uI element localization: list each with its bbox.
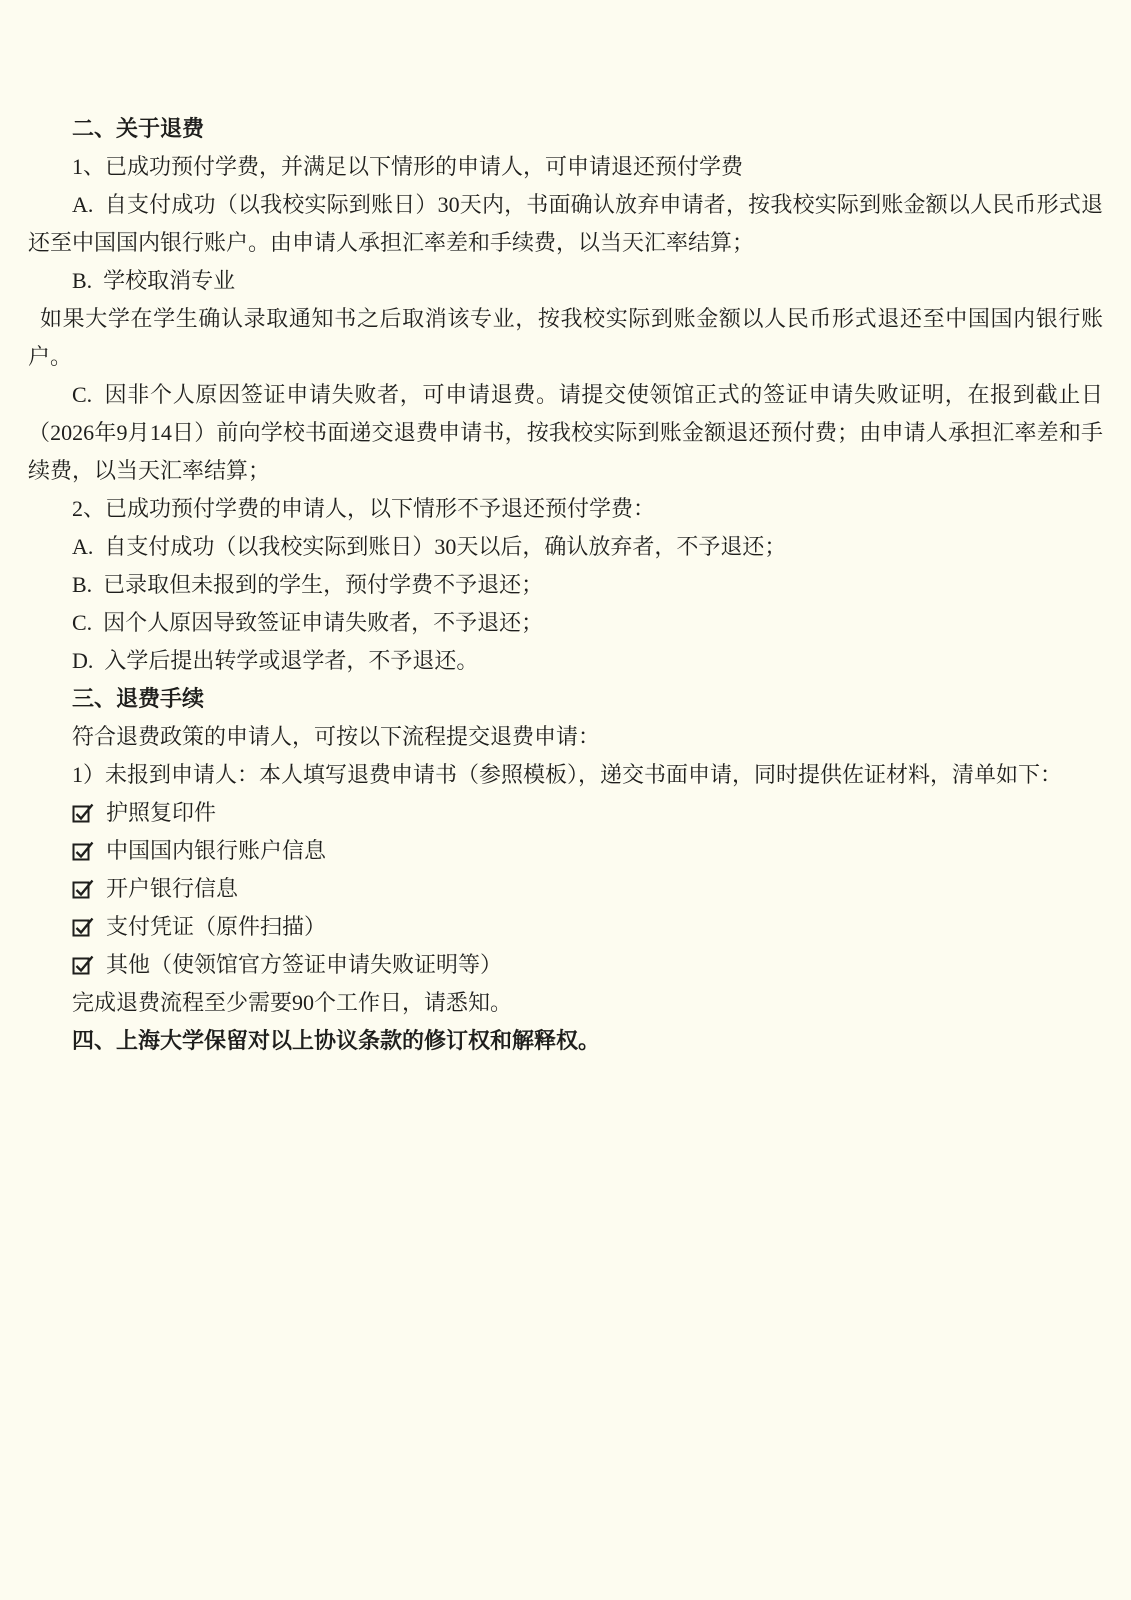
paragraph: A. 自支付成功（以我校实际到账日）30天以后，确认放弃者，不予退还；: [28, 528, 1103, 566]
checked-checkbox-icon: [72, 802, 94, 824]
checked-checkbox-icon: [72, 954, 94, 976]
paragraph: A. 自支付成功（以我校实际到账日）30天内，书面确认放弃申请者，按我校实际到账…: [28, 186, 1103, 262]
paragraph: 完成退费流程至少需要90个工作日，请悉知。: [28, 984, 1103, 1022]
paragraph: 如果大学在学生确认录取通知书之后取消该专业，按我校实际到账金额以人民币形式退还至…: [28, 300, 1103, 376]
document-body: 二、关于退费1、已成功预付学费，并满足以下情形的申请人，可申请退还预付学费A. …: [28, 110, 1103, 1060]
section-heading: 四、上海大学保留对以上协议条款的修订权和解释权。: [28, 1022, 1103, 1060]
paragraph: C. 因个人原因导致签证申请失败者，不予退还；: [28, 604, 1103, 642]
paragraph: 1、已成功预付学费，并满足以下情形的申请人，可申请退还预付学费: [28, 148, 1103, 186]
checklist-item: 开户银行信息: [28, 870, 1103, 908]
paragraph: D. 入学后提出转学或退学者，不予退还。: [28, 642, 1103, 680]
paragraph: 2、已成功预付学费的申请人，以下情形不予退还预付学费：: [28, 490, 1103, 528]
paragraph: 符合退费政策的申请人，可按以下流程提交退费申请：: [28, 718, 1103, 756]
paragraph: 1）未报到申请人：本人填写退费申请书（参照模板），递交书面申请，同时提供佐证材料…: [28, 756, 1103, 794]
section-heading: 三、退费手续: [28, 680, 1103, 718]
checklist-item-label: 中国国内银行账户信息: [106, 838, 326, 863]
section-heading: 二、关于退费: [28, 110, 1103, 148]
paragraph: B. 已录取但未报到的学生，预付学费不予退还；: [28, 566, 1103, 604]
paragraph: B. 学校取消专业: [28, 262, 1103, 300]
checklist-item: 其他（使领馆官方签证申请失败证明等）: [28, 946, 1103, 984]
checklist-item-label: 其他（使领馆官方签证申请失败证明等）: [106, 952, 502, 977]
checklist-item: 中国国内银行账户信息: [28, 832, 1103, 870]
page-background: { "page": { "background_color": "#FDFCF0…: [0, 0, 1131, 1600]
checked-checkbox-icon: [72, 916, 94, 938]
paragraph: C. 因非个人原因签证申请失败者，可申请退费。请提交使领馆正式的签证申请失败证明…: [28, 376, 1103, 490]
checked-checkbox-icon: [72, 840, 94, 862]
checklist-item-label: 护照复印件: [106, 800, 216, 825]
document-page: 二、关于退费1、已成功预付学费，并满足以下情形的申请人，可申请退还预付学费A. …: [0, 0, 1131, 1600]
checklist-item-label: 支付凭证（原件扫描）: [106, 914, 326, 939]
checklist-item-label: 开户银行信息: [106, 876, 238, 901]
checked-checkbox-icon: [72, 878, 94, 900]
checklist-item: 支付凭证（原件扫描）: [28, 908, 1103, 946]
checklist-item: 护照复印件: [28, 794, 1103, 832]
